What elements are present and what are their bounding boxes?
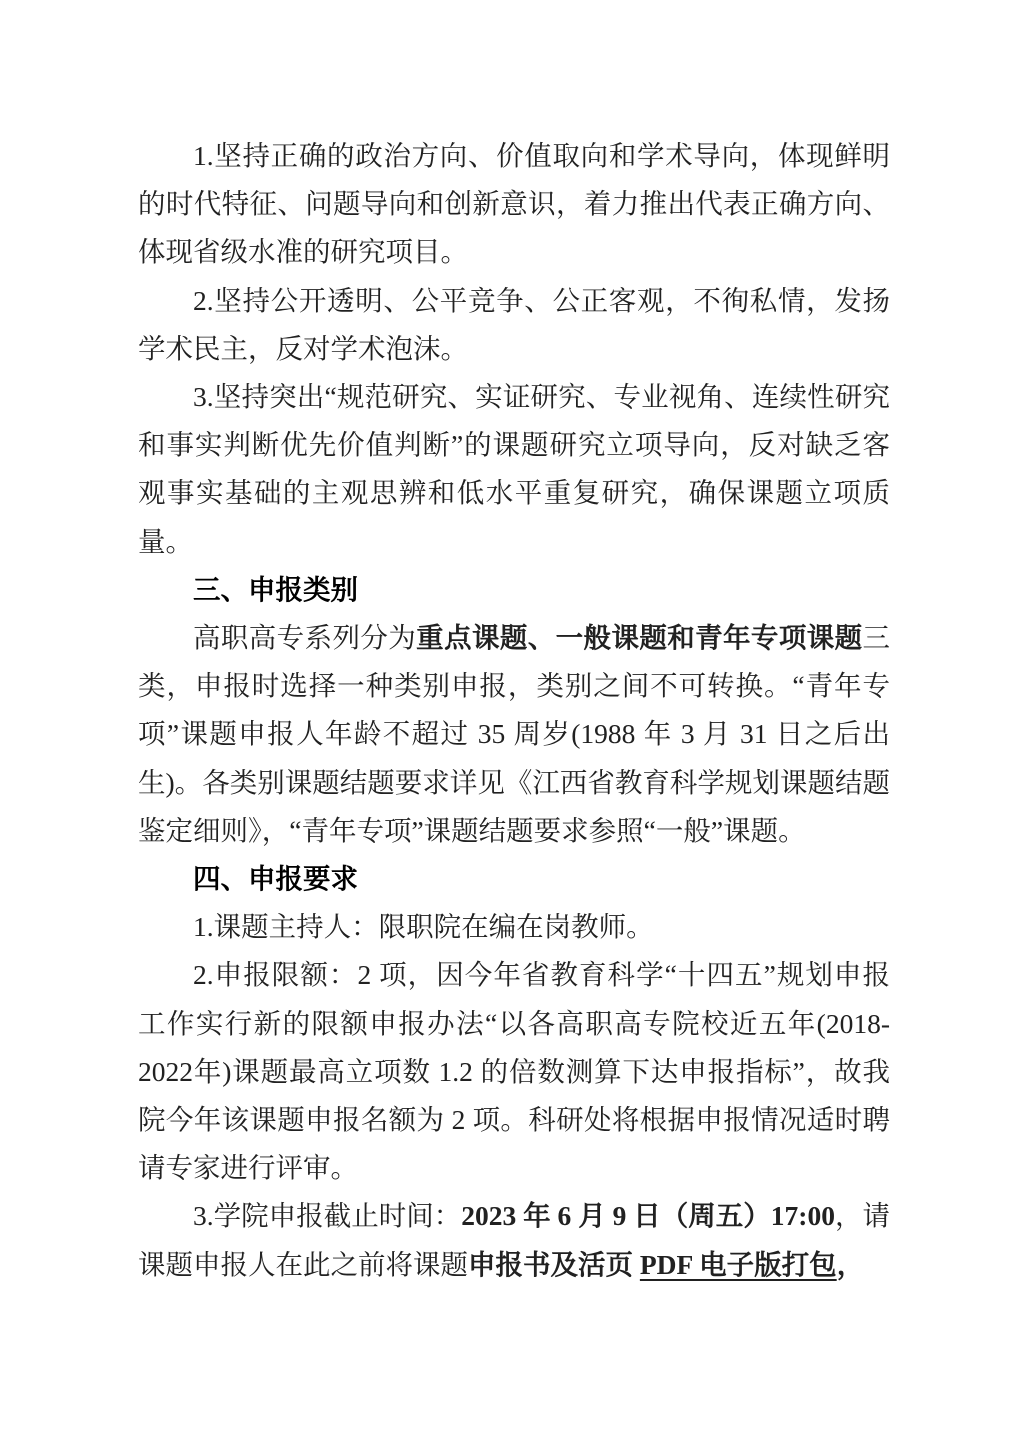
bold-run-deadline-datetime: 2023 年 6 月 9 日（周五）17:00 <box>461 1200 835 1231</box>
text-run: 三类，申报时选择一种类别申报，类别之间不可转换。“青年专项”课题申报人年龄不超过… <box>138 622 890 846</box>
paragraph-principle-2: 2.坚持公开透明、公平竞争、公正客观，不徇私情，发扬学术民主，反对学术泡沫。 <box>138 277 890 373</box>
paragraph-categories-detail: 高职高专系列分为重点课题、一般课题和青年专项课题三类，申报时选择一种类别申报，类… <box>138 614 890 855</box>
text-run: 3.学院申报截止时间： <box>193 1200 461 1231</box>
bold-underline-run-pdf-package: PDF 电子版打包 <box>640 1249 837 1280</box>
paragraph-requirement-3-deadline: 3.学院申报截止时间：2023 年 6 月 9 日（周五）17:00，请课题申报… <box>138 1192 890 1288</box>
section-heading-application-requirements: 四、申报要求 <box>138 855 890 903</box>
heading-text: 三、申报类别 <box>193 574 358 605</box>
bold-run-category-names: 重点课题、一般课题和青年专项课题 <box>416 622 862 653</box>
bold-run-trailing-comma: ， <box>837 1249 865 1280</box>
paragraph-requirement-1: 1.课题主持人：限职院在编在岗教师。 <box>138 903 890 951</box>
document-page: 1.坚持正确的政治方向、价值取向和学术导向，体现鲜明的时代特征、问题导向和创新意… <box>0 0 1024 1449</box>
text-run: 2.申报限额：2 项，因今年省教育科学“十四五”规划申报工作实行新的限额申报办法… <box>138 959 890 1183</box>
paragraph-principle-3: 3.坚持突出“规范研究、实证研究、专业视角、连续性研究和事实判断优先价值判断”的… <box>138 373 890 566</box>
text-run: 2.坚持公开透明、公平竞争、公正客观，不徇私情，发扬学术民主，反对学术泡沫。 <box>138 285 890 364</box>
bold-run-application-materials: 申报书及活页 <box>468 1249 640 1280</box>
document-body: 1.坚持正确的政治方向、价值取向和学术导向，体现鲜明的时代特征、问题导向和创新意… <box>138 132 890 1289</box>
section-heading-application-categories: 三、申报类别 <box>138 566 890 614</box>
paragraph-requirement-2: 2.申报限额：2 项，因今年省教育科学“十四五”规划申报工作实行新的限额申报办法… <box>138 951 890 1192</box>
text-run: 3.坚持突出“规范研究、实证研究、专业视角、连续性研究和事实判断优先价值判断”的… <box>138 381 890 557</box>
text-run: 1.课题主持人：限职院在编在岗教师。 <box>193 911 654 942</box>
text-run: 高职高专系列分为 <box>193 622 416 653</box>
heading-text: 四、申报要求 <box>193 863 358 894</box>
paragraph-principle-1: 1.坚持正确的政治方向、价值取向和学术导向，体现鲜明的时代特征、问题导向和创新意… <box>138 132 890 277</box>
text-run: 1.坚持正确的政治方向、价值取向和学术导向，体现鲜明的时代特征、问题导向和创新意… <box>138 140 890 267</box>
